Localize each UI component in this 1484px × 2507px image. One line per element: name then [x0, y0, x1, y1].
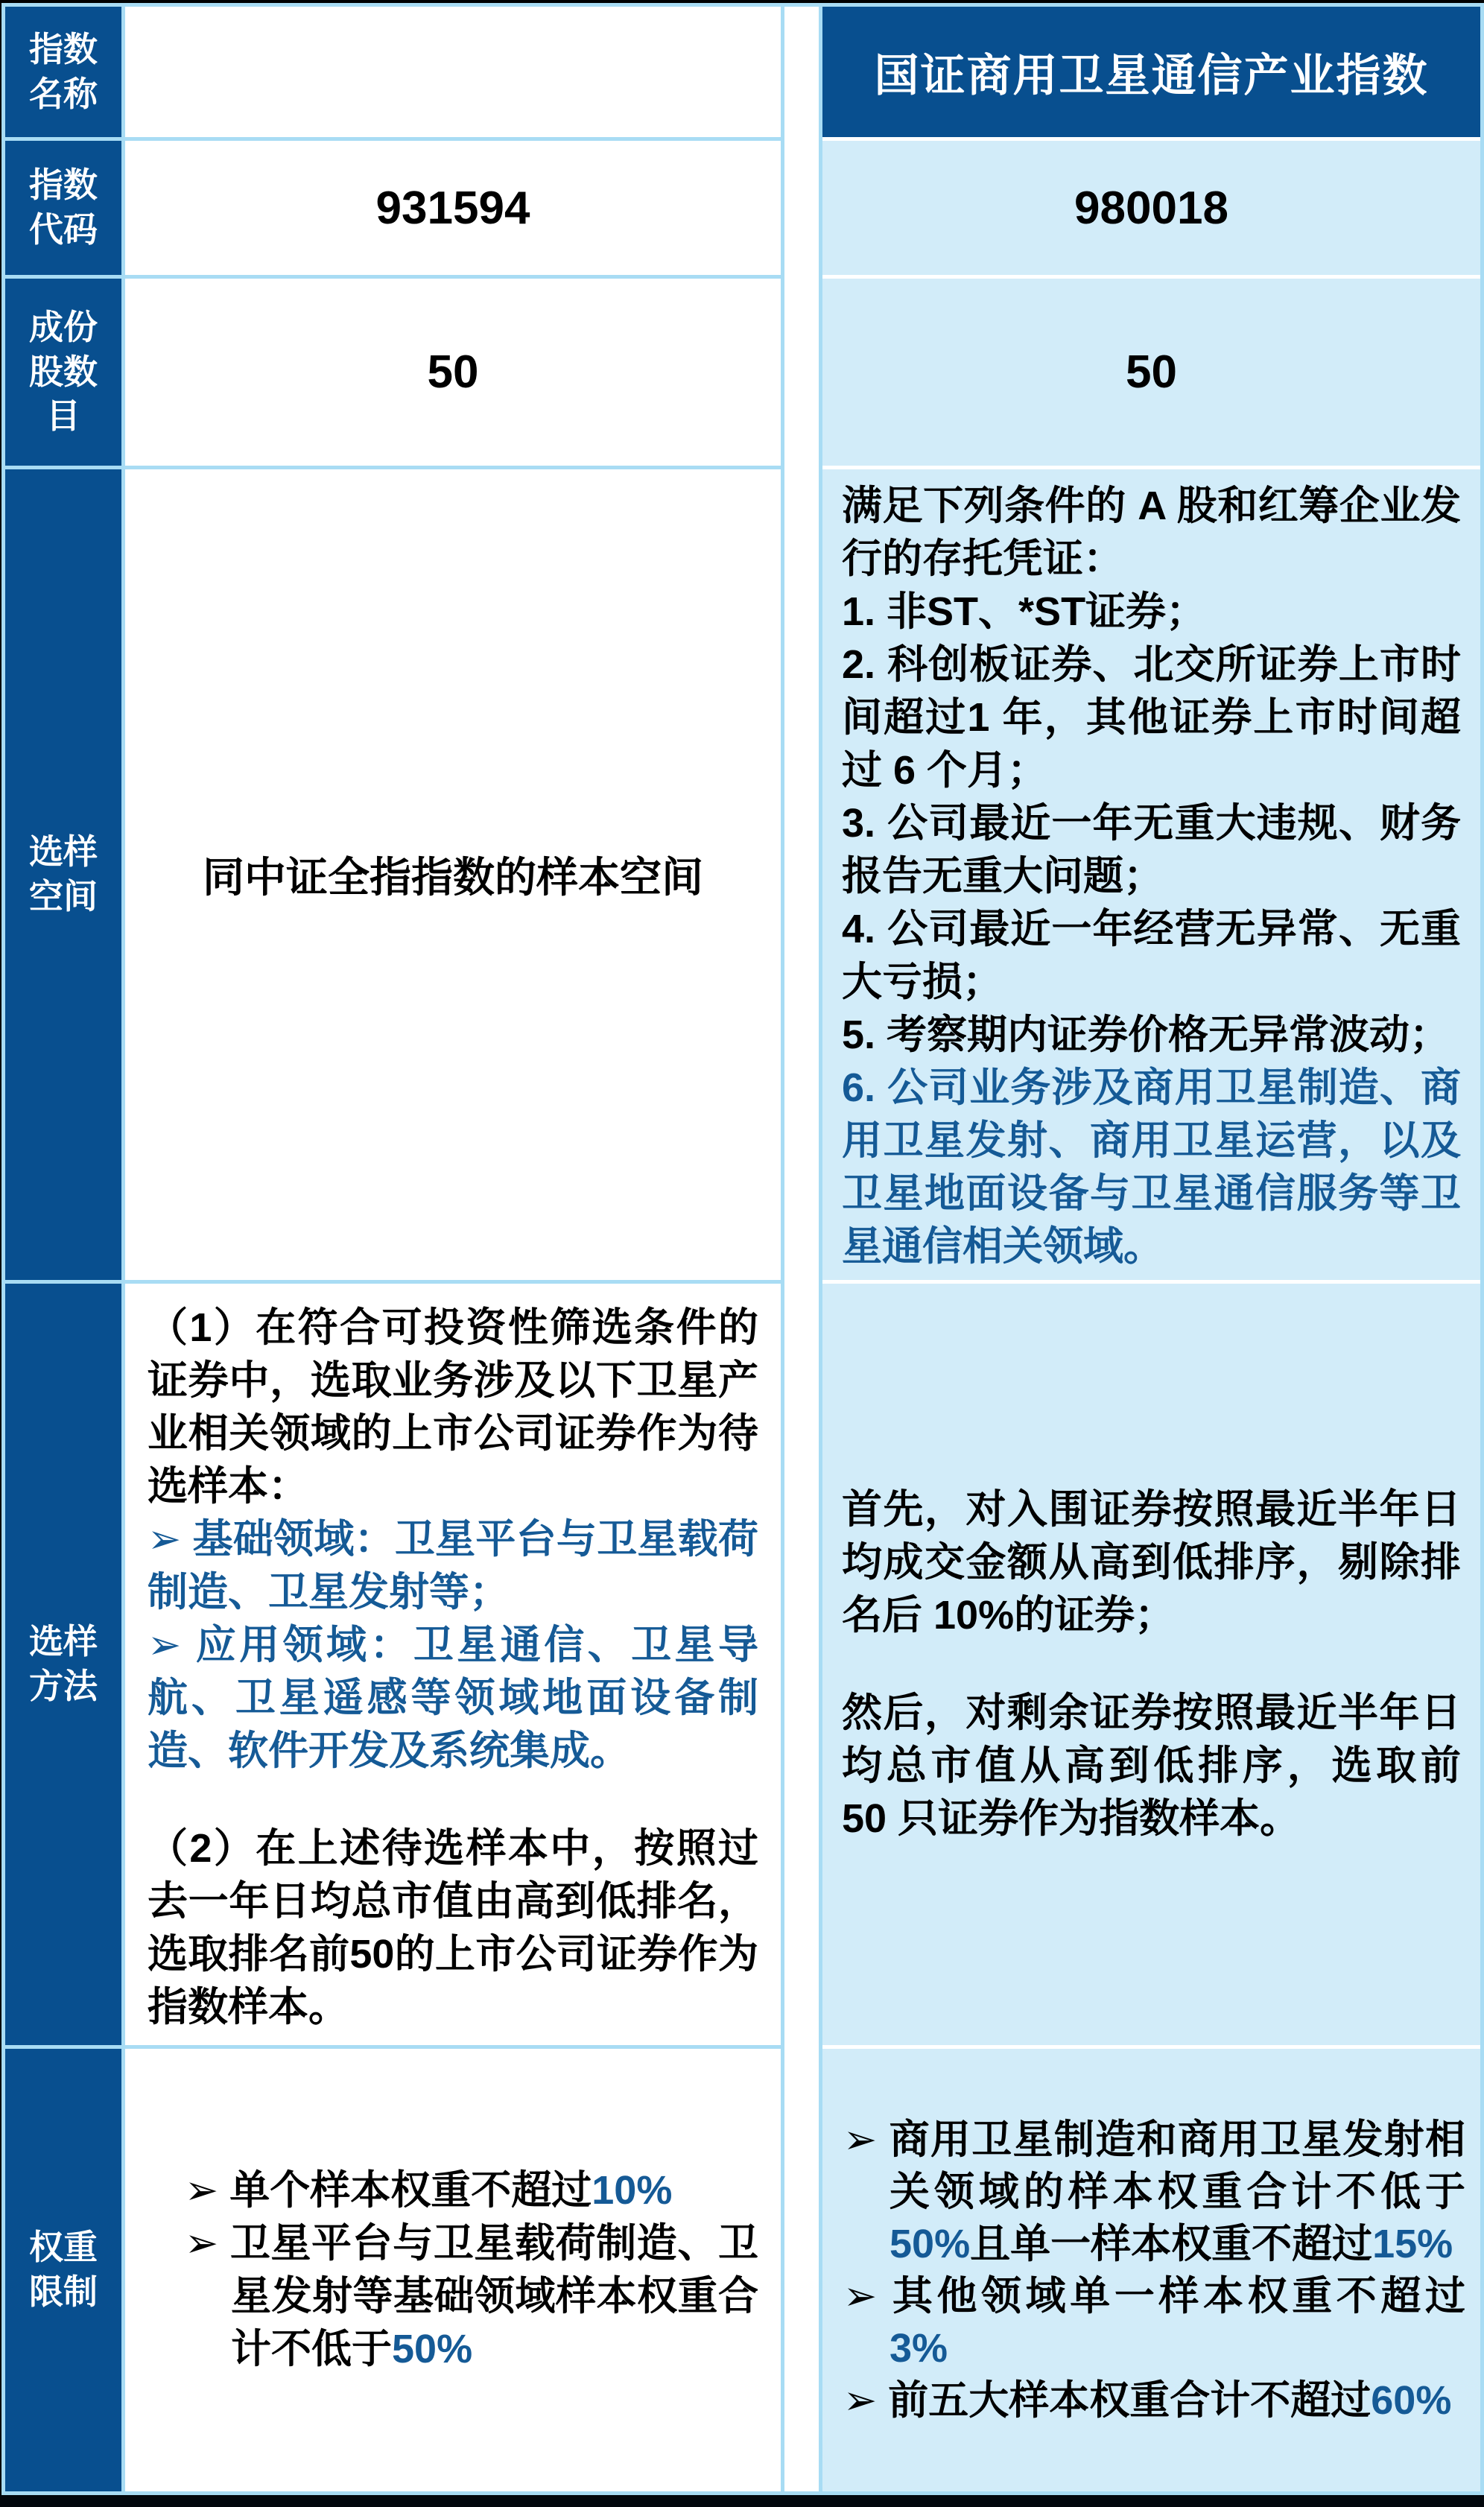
- paragraph-spacer: [842, 1642, 1461, 1687]
- bottom-bar: [0, 2495, 1484, 2507]
- comparison-table: 指数 名称 指数 代码 成份 股数 目 选样 空间 选样 方法 权重 限制 中证…: [1, 3, 1484, 2495]
- cni-index-code: 980018: [822, 141, 1480, 275]
- column-gutter: [784, 7, 819, 2491]
- row-header-index-code: 指数 代码: [5, 141, 121, 275]
- csi-constituent-count: 50: [125, 279, 781, 466]
- row-header-index-name: 指数 名称: [5, 7, 121, 137]
- paragraph: 首先，对入围证券按照最近半年日均成交金额从高到低排序，剔除排名后 10%的证券；: [842, 1483, 1461, 1642]
- paragraph: ➢ 应用领域：卫星通信、卫星导航、卫星遥感等领域地面设备制造、软件开发及系统集成…: [148, 1619, 758, 1778]
- cni-sample-universe: 满足下列条件的 A 股和红筹企业发行的存托凭证：1. 非ST、*ST证券；2. …: [822, 469, 1480, 1280]
- paragraph: ➢ 商用卫星制造和商用卫星发射相关领域的样本权重合计不低于50%且单一样本权重不…: [843, 2114, 1465, 2270]
- csi-index-column: 中证卫星产业指数 931594 50 同中证全指指数的样本空间 （1）在符合可投…: [125, 7, 781, 2491]
- cni-index-column: 国证商用卫星通信产业指数 980018 50 满足下列条件的 A 股和红筹企业发…: [822, 7, 1480, 2491]
- paragraph: ➢ 其他领域单一样本权重不超过3%: [843, 2270, 1465, 2374]
- csi-sample-universe: 同中证全指指数的样本空间: [125, 469, 781, 1280]
- index-comparison-infographic: 指数 名称 指数 代码 成份 股数 目 选样 空间 选样 方法 权重 限制 中证…: [0, 0, 1484, 2507]
- row-header-column: 指数 名称 指数 代码 成份 股数 目 选样 空间 选样 方法 权重 限制: [5, 7, 121, 2491]
- row-header-constituent-count: 成份 股数 目: [5, 279, 121, 466]
- cni-weight-limit: ➢ 商用卫星制造和商用卫星发射相关领域的样本权重合计不低于50%且单一样本权重不…: [822, 2049, 1480, 2491]
- paragraph: ➢ 单个样本权重不超过10%: [185, 2164, 758, 2217]
- paragraph: ➢ 卫星平台与卫星载荷制造、卫星发射等基础领域样本权重合计不低于50%: [185, 2217, 758, 2376]
- paragraph: 满足下列条件的 A 股和红筹企业发行的存托凭证：: [842, 480, 1461, 586]
- paragraph: ➢ 前五大样本权重合计不超过60%: [843, 2374, 1465, 2427]
- csi-selection-method: （1）在符合可投资性筛选条件的证券中，选取业务涉及以下卫星产业相关领域的上市公司…: [125, 1284, 781, 2045]
- paragraph: ➢ 基础领域：卫星平台与卫星载荷制造、卫星发射等；: [148, 1513, 758, 1619]
- csi-index-code: 931594: [125, 141, 781, 275]
- cni-selection-method: 首先，对入围证券按照最近半年日均成交金额从高到低排序，剔除排名后 10%的证券；…: [822, 1284, 1480, 2045]
- paragraph-spacer: [148, 1778, 758, 1822]
- paragraph: 5. 考察期内证券价格无异常波动；: [842, 1009, 1461, 1062]
- paragraph: 3. 公司最近一年无重大违规、财务报告无重大问题；: [842, 797, 1461, 903]
- paragraph: 然后，对剩余证券按照最近半年日均总市值从高到低排序，选取前 50 只证券作为指数…: [842, 1687, 1461, 1845]
- paragraph: 1. 非ST、*ST证券；: [842, 586, 1461, 638]
- csi-weight-limit: ➢ 单个样本权重不超过10%➢ 卫星平台与卫星载荷制造、卫星发射等基础领域样本权…: [125, 2049, 781, 2491]
- paragraph: （2）在上述待选样本中，按照过去一年日均总市值由高到低排名，选取排名前50的上市…: [148, 1822, 758, 2034]
- csi-index-title: 中证卫星产业指数: [125, 7, 781, 137]
- paragraph: 4. 公司最近一年经营无异常、无重大亏损；: [842, 903, 1461, 1009]
- row-header-weight-limit: 权重 限制: [5, 2049, 121, 2491]
- paragraph: 2. 科创板证券、北交所证券上市时间超过1 年，其他证券上市时间超过 6 个月；: [842, 638, 1461, 797]
- paragraph: 6. 公司业务涉及商用卫星制造、商用卫星发射、商用卫星运营，以及卫星地面设备与卫…: [842, 1062, 1461, 1273]
- cni-constituent-count: 50: [822, 279, 1480, 466]
- cni-index-title: 国证商用卫星通信产业指数: [822, 7, 1480, 137]
- row-header-selection-method: 选样 方法: [5, 1284, 121, 2045]
- paragraph: （1）在符合可投资性筛选条件的证券中，选取业务涉及以下卫星产业相关领域的上市公司…: [148, 1302, 758, 1513]
- row-header-sample-universe: 选样 空间: [5, 469, 121, 1280]
